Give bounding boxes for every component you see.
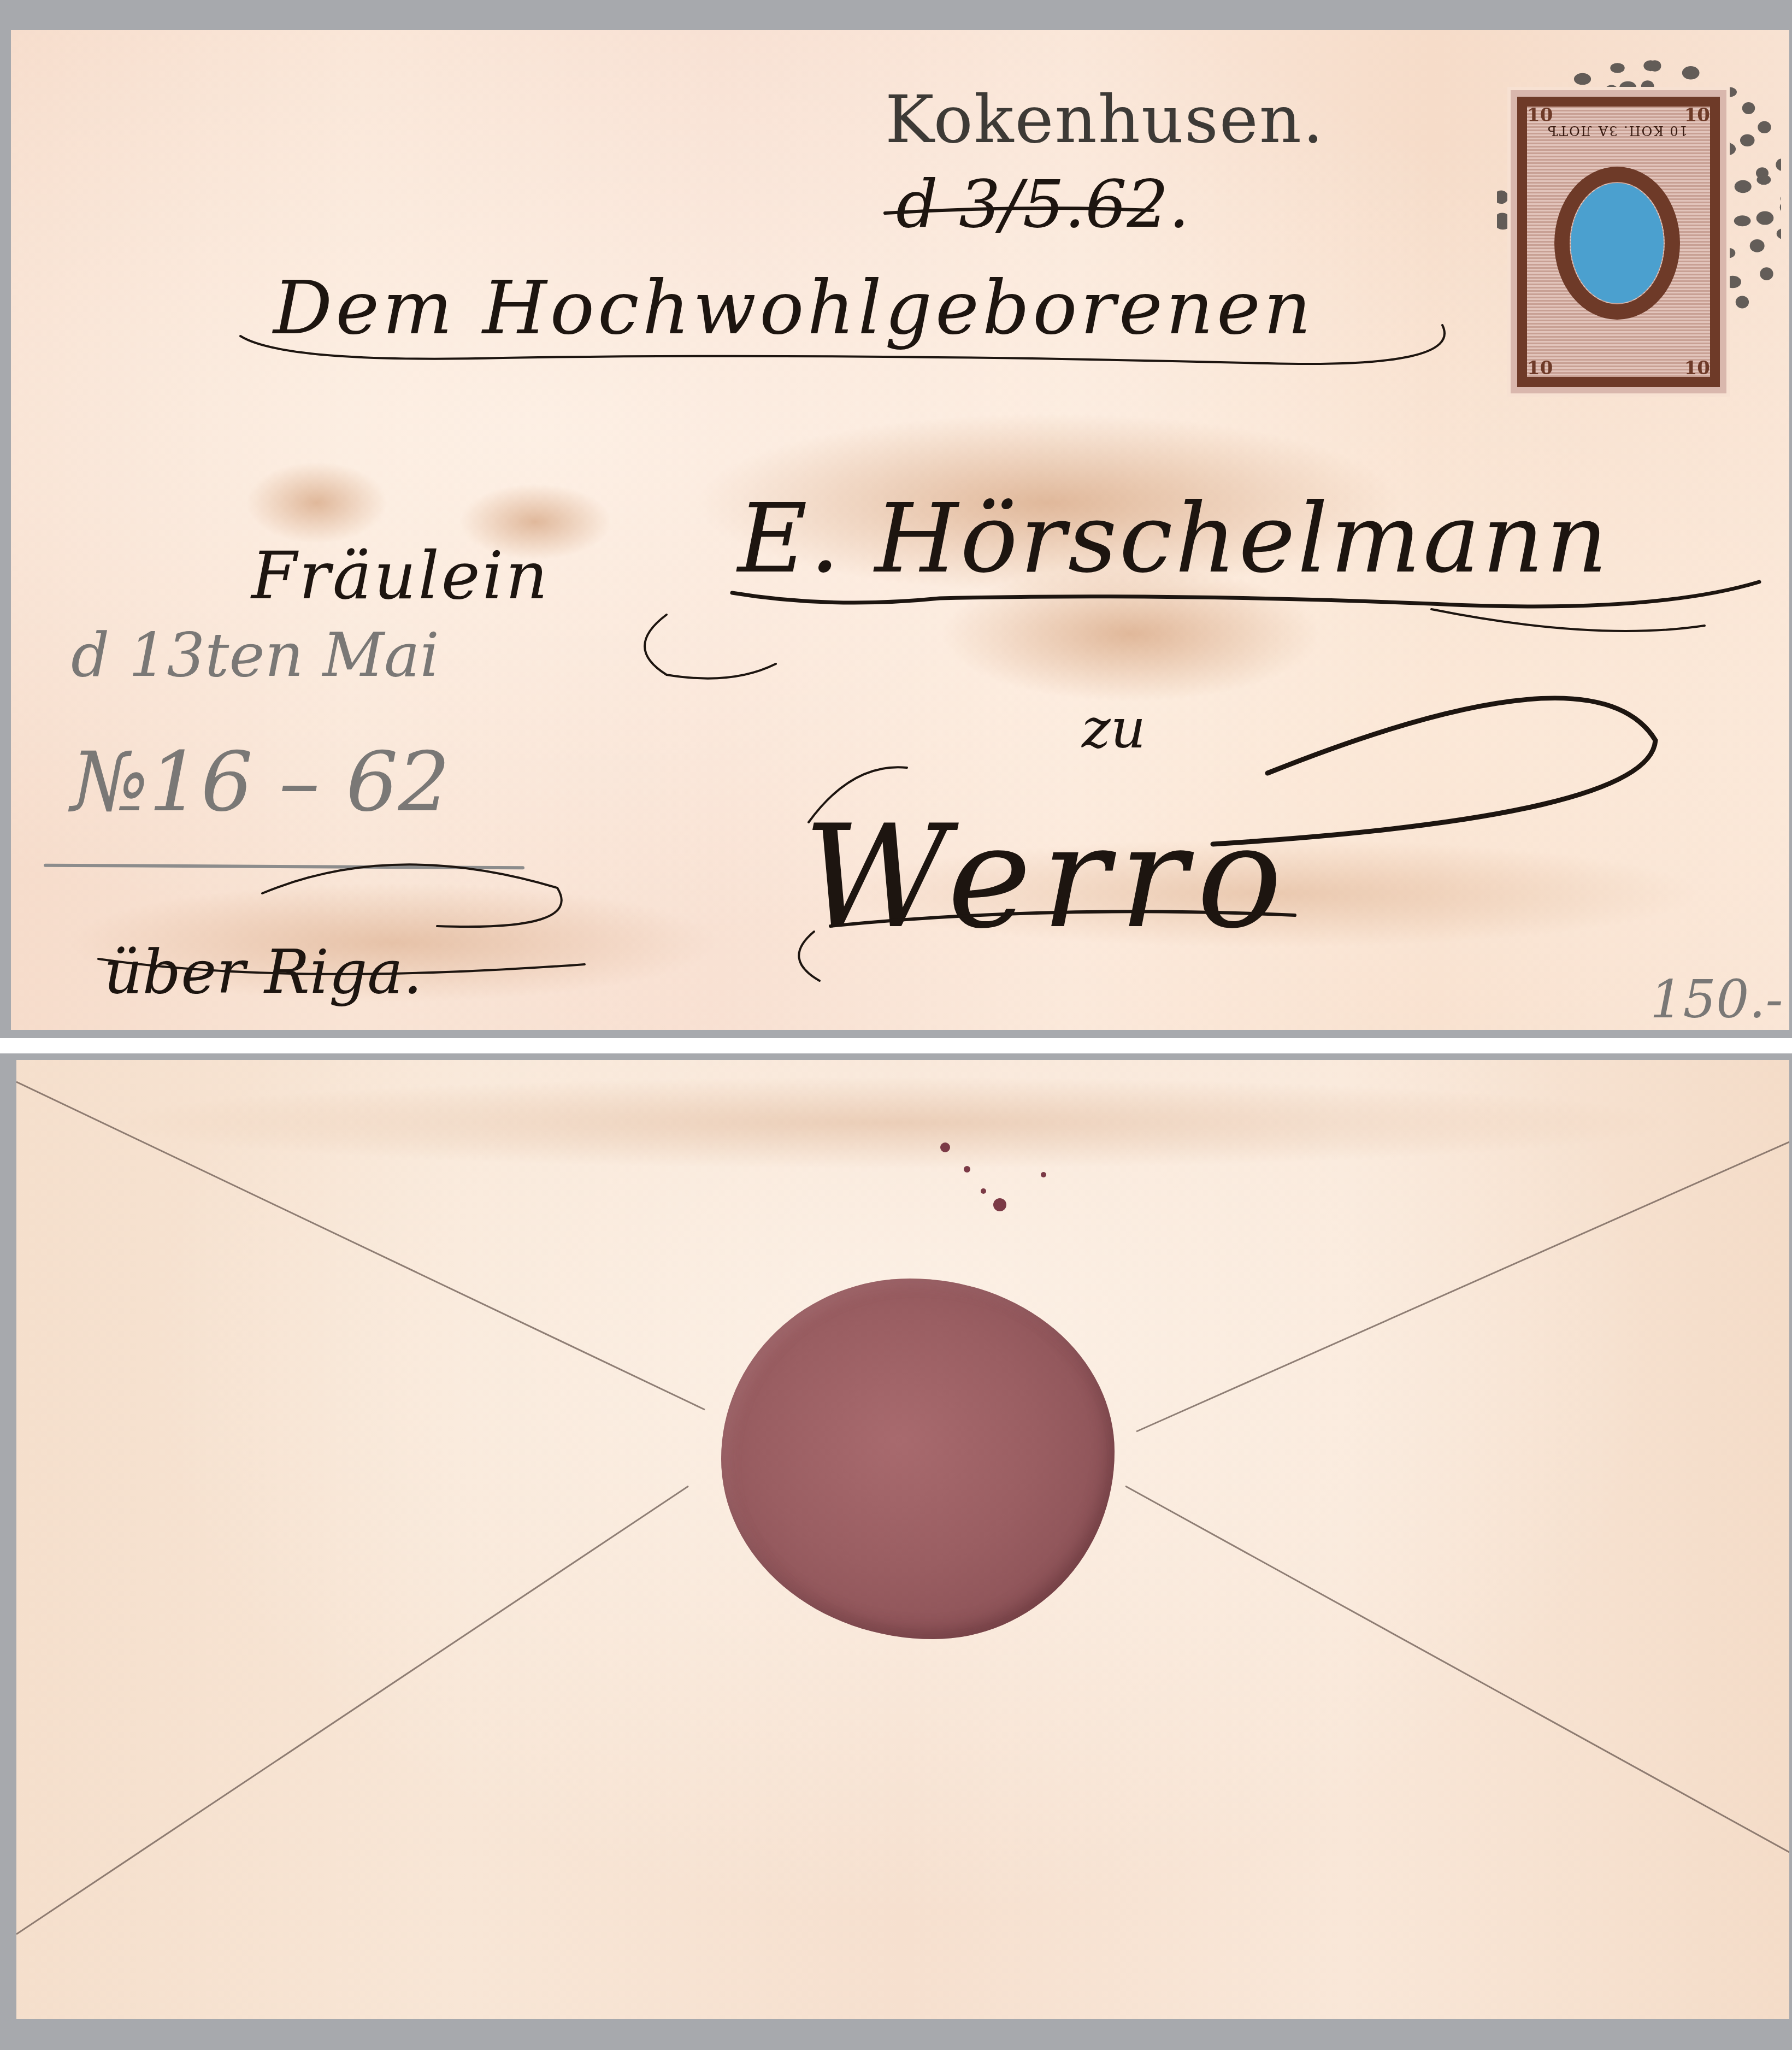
envelope-back — [16, 1060, 1789, 2019]
stamp-denomination-bl: 10 — [1527, 357, 1553, 379]
stamp-eagle-oval — [1571, 183, 1664, 303]
envelope-front: Kokenhusen. d 3/5.62. Dem Hochwohlgebore… — [11, 30, 1789, 1030]
panel-divider — [0, 1038, 1792, 1053]
postage-stamp: 10 10 10 10 10 КОП. ЗА ЛОТЪ — [1511, 90, 1726, 393]
stamp-inscription: 10 КОП. ЗА ЛОТЪ — [1543, 123, 1691, 138]
stamp-denomination-br: 10 — [1684, 357, 1710, 379]
